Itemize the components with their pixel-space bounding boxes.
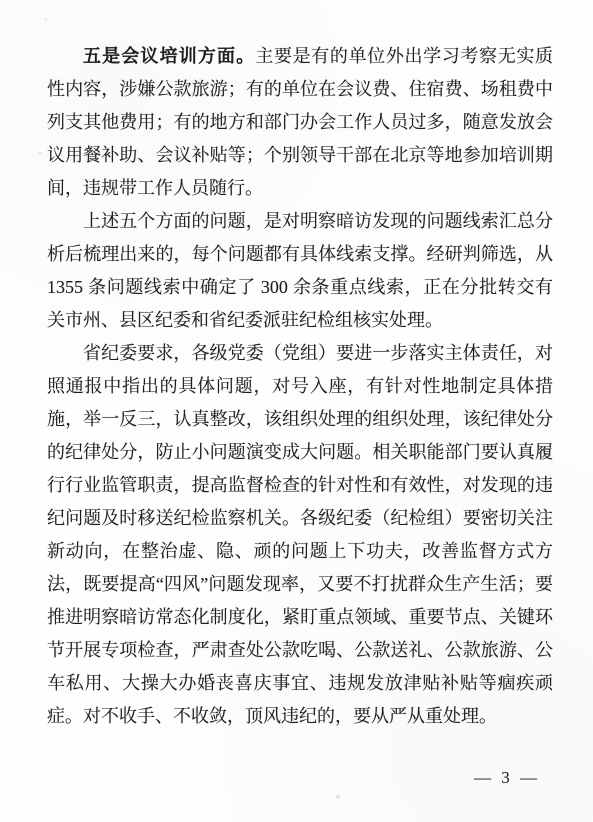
document-body-text: 五是会议培训方面。主要是有的单位外出学习考察无实质性内容，涉嫌公款旅游；有的单位… (47, 40, 553, 733)
paragraph: 省纪委要求，各级党委（党组）要进一步落实主体责任，对照通报中指出的具体问题，对号… (47, 337, 553, 733)
paragraph-text: 省纪委要求，各级党委（党组）要进一步落实主体责任，对照通报中指出的具体问题，对号… (47, 343, 553, 726)
scan-speck (548, 377, 551, 380)
scan-speck (44, 18, 47, 20)
scan-speck (38, 152, 42, 155)
paragraph: 五是会议培训方面。主要是有的单位外出学习考察无实质性内容，涉嫌公款旅游；有的单位… (47, 40, 553, 205)
paragraph-text: 主要是有的单位外出学习考察无实质性内容，涉嫌公款旅游；有的单位在会议费、住宿费、… (47, 46, 553, 198)
scan-speck (336, 795, 340, 799)
page-number: — 3 — (474, 768, 540, 788)
document-page: 五是会议培训方面。主要是有的单位外出学习考察无实质性内容，涉嫌公款旅游；有的单位… (0, 0, 593, 822)
paragraph: 上述五个方面的问题，是对明察暗访发现的问题线索汇总分析后梳理出来的，每个问题都有… (47, 205, 553, 337)
paragraph-text: 上述五个方面的问题，是对明察暗访发现的问题线索汇总分析后梳理出来的，每个问题都有… (47, 211, 553, 330)
paragraph-lead-heading: 五是会议培训方面。 (83, 46, 255, 66)
